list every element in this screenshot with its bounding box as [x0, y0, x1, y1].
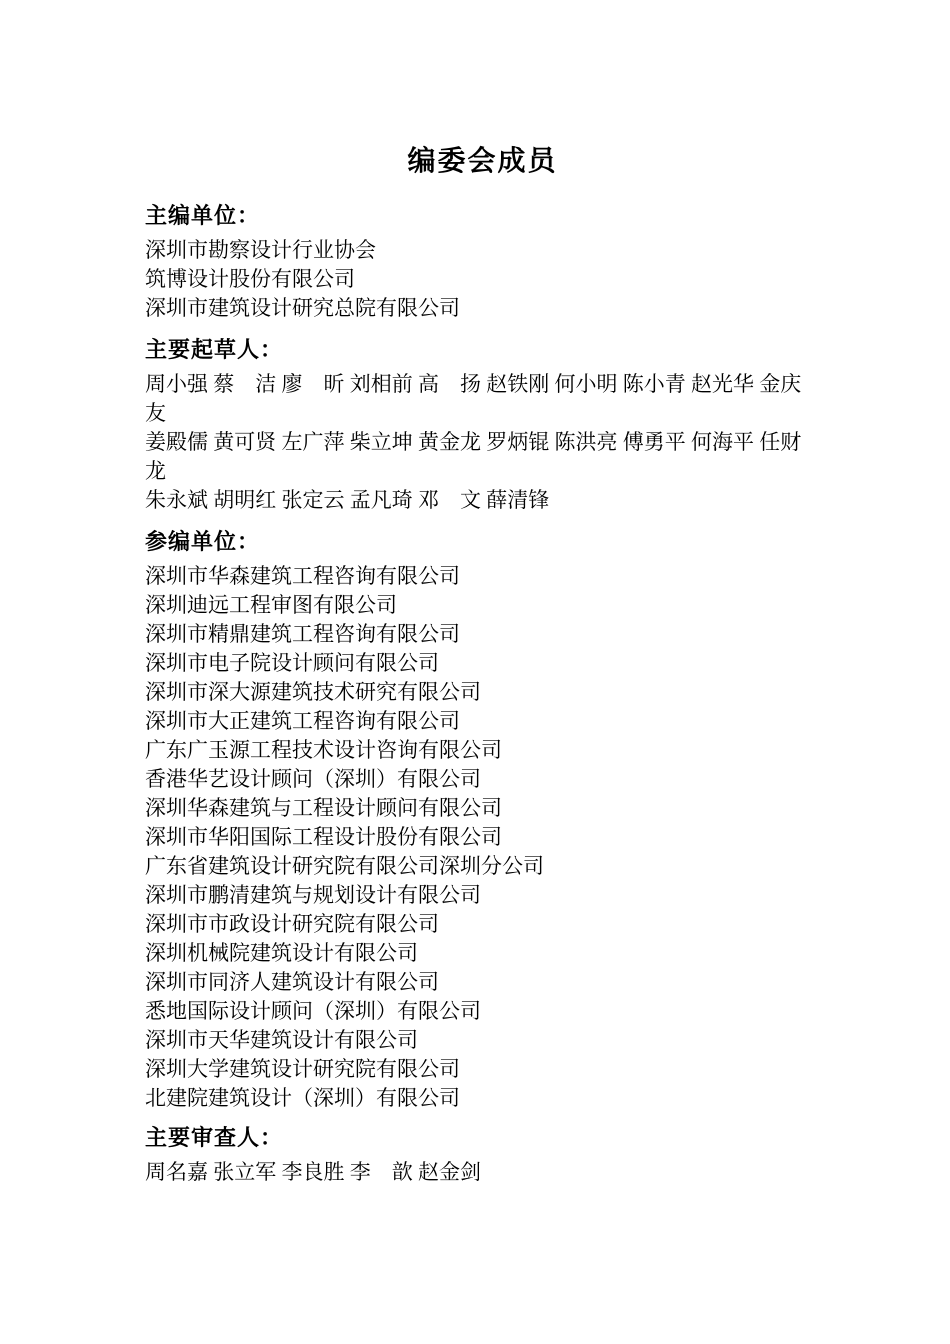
main-drafters-heading: 主要起草人： [145, 337, 820, 363]
org-list-item: 香港华艺设计顾问（深圳）有限公司 [145, 765, 820, 794]
org-list-item: 深圳市电子院设计顾问有限公司 [145, 649, 820, 678]
org-list-item: 广东省建筑设计研究院有限公司深圳分公司 [145, 852, 820, 881]
org-list-item: 深圳华森建筑与工程设计顾问有限公司 [145, 794, 820, 823]
participating-units-heading: 参编单位： [145, 529, 820, 555]
org-list-item: 深圳大学建筑设计研究院有限公司 [145, 1055, 820, 1084]
org-list-item: 深圳迪远工程审图有限公司 [145, 591, 820, 620]
org-list-item: 深圳市建筑设计研究总院有限公司 [145, 294, 820, 323]
document-content: 编委会成员 主编单位： 深圳市勘察设计行业协会 筑博设计股份有限公司 深圳市建筑… [0, 0, 950, 1187]
document-page: 编委会成员 主编单位： 深圳市勘察设计行业协会 筑博设计股份有限公司 深圳市建筑… [0, 0, 950, 1344]
section-main-reviewers: 主要审查人： 周名嘉 张立军 李良胜 李 歆 赵金剑 [145, 1125, 820, 1187]
org-list-item: 深圳市天华建筑设计有限公司 [145, 1026, 820, 1055]
main-reviewers-heading: 主要审查人： [145, 1125, 820, 1151]
org-list-item: 深圳机械院建筑设计有限公司 [145, 939, 820, 968]
org-list-item: 深圳市勘察设计行业协会 [145, 236, 820, 265]
chief-editors-list: 深圳市勘察设计行业协会 筑博设计股份有限公司 深圳市建筑设计研究总院有限公司 [145, 236, 820, 323]
org-list-item: 北建院建筑设计（深圳）有限公司 [145, 1084, 820, 1113]
section-chief-editors: 主编单位： 深圳市勘察设计行业协会 筑博设计股份有限公司 深圳市建筑设计研究总院… [145, 203, 820, 323]
org-list-item: 筑博设计股份有限公司 [145, 265, 820, 294]
main-reviewers-list: 周名嘉 张立军 李良胜 李 歆 赵金剑 [145, 1158, 820, 1187]
org-list-item: 深圳市同济人建筑设计有限公司 [145, 968, 820, 997]
reviewer-name-row: 周名嘉 张立军 李良胜 李 歆 赵金剑 [145, 1158, 820, 1187]
org-list-item: 深圳市精鼎建筑工程咨询有限公司 [145, 620, 820, 649]
participating-units-list: 深圳市华森建筑工程咨询有限公司 深圳迪远工程审图有限公司 深圳市精鼎建筑工程咨询… [145, 562, 820, 1113]
main-drafters-list: 周小强 蔡 洁 廖 昕 刘相前 高 扬 赵铁刚 何小明 陈小青 赵光华 金庆友 … [145, 370, 820, 515]
drafter-name-row: 姜殿儒 黄可贤 左广萍 柴立坤 黄金龙 罗炳锟 陈洪亮 傅勇平 何海平 任财龙 [145, 428, 820, 486]
drafter-name-row: 周小强 蔡 洁 廖 昕 刘相前 高 扬 赵铁刚 何小明 陈小青 赵光华 金庆友 [145, 370, 820, 428]
org-list-item: 深圳市鹏清建筑与规划设计有限公司 [145, 881, 820, 910]
org-list-item: 广东广玉源工程技术设计咨询有限公司 [145, 736, 820, 765]
org-list-item: 深圳市市政设计研究院有限公司 [145, 910, 820, 939]
org-list-item: 悉地国际设计顾问（深圳）有限公司 [145, 997, 820, 1026]
org-list-item: 深圳市深大源建筑技术研究有限公司 [145, 678, 820, 707]
section-main-drafters: 主要起草人： 周小强 蔡 洁 廖 昕 刘相前 高 扬 赵铁刚 何小明 陈小青 赵… [145, 337, 820, 515]
chief-editors-heading: 主编单位： [145, 203, 820, 229]
org-list-item: 深圳市大正建筑工程咨询有限公司 [145, 707, 820, 736]
section-participating-units: 参编单位： 深圳市华森建筑工程咨询有限公司 深圳迪远工程审图有限公司 深圳市精鼎… [145, 529, 820, 1113]
org-list-item: 深圳市华森建筑工程咨询有限公司 [145, 562, 820, 591]
page-title: 编委会成员 [145, 146, 820, 176]
drafter-name-row: 朱永斌 胡明红 张定云 孟凡琦 邓 文 薛清锋 [145, 486, 820, 515]
org-list-item: 深圳市华阳国际工程设计股份有限公司 [145, 823, 820, 852]
